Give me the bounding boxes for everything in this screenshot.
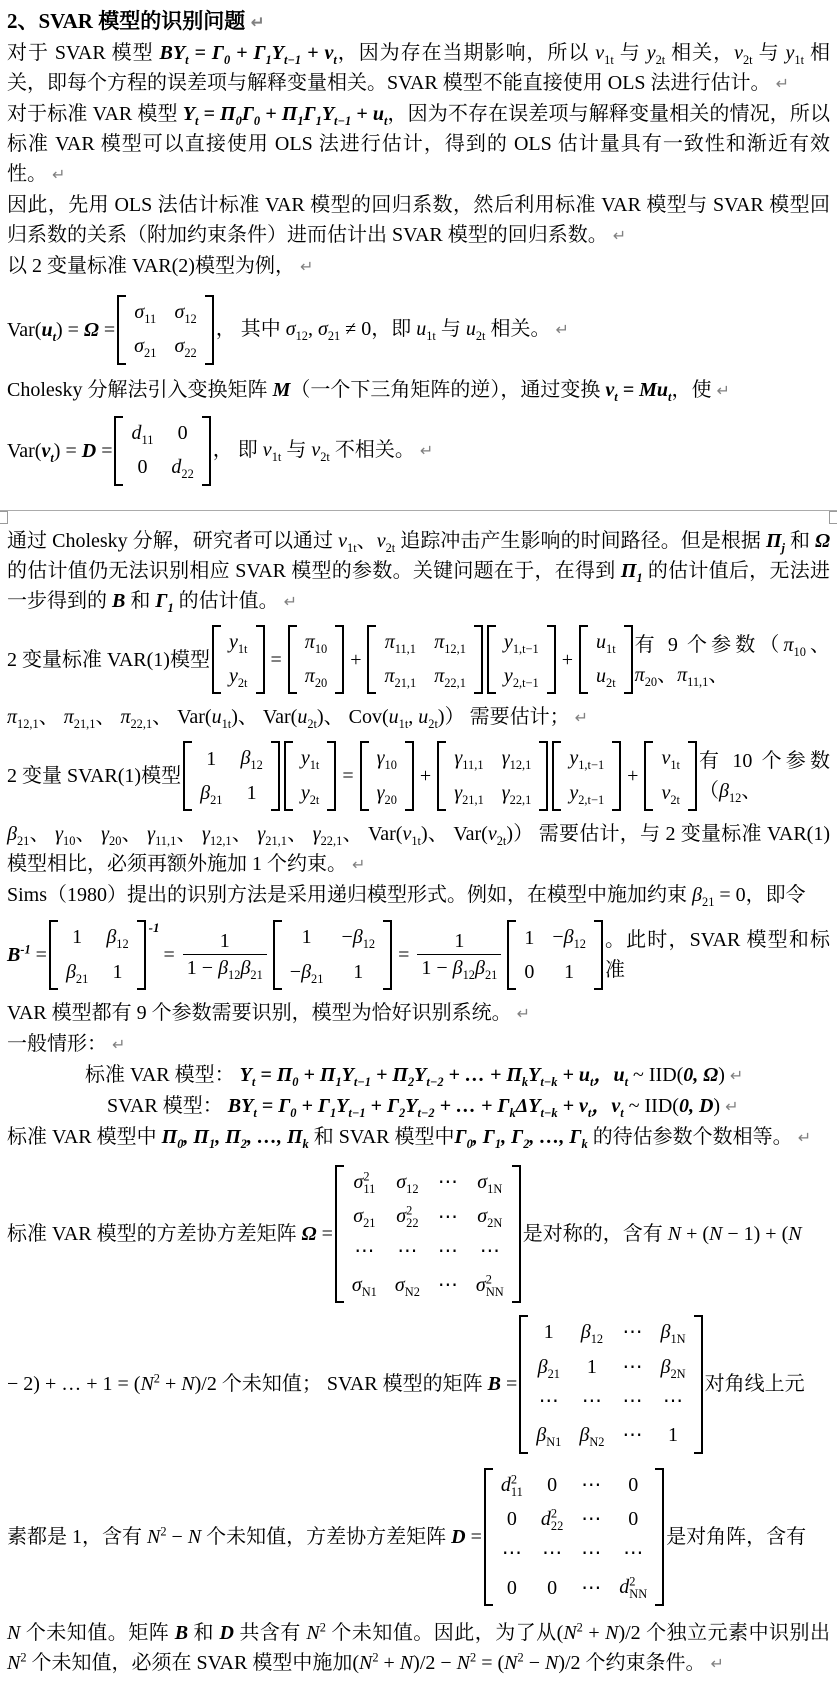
paragraph-var-ols: 对于标准 VAR 模型 Yt = Π0Γ0 + Π1Γ1Yt−1 + ut，因为… (7, 99, 830, 190)
matrix-bracket-left (273, 920, 282, 990)
paragraph-mark: ↵ (776, 74, 789, 93)
paragraph-mark: ↵ (730, 1066, 743, 1085)
matrix-bracket-right (202, 416, 211, 486)
matrix-cell: β1N (660, 1320, 685, 1345)
matrix-bracket-left (484, 1468, 493, 1606)
matrix-bracket-left (360, 741, 369, 811)
matrix-bracket-left (507, 920, 516, 989)
paragraph-cholesky: Cholesky 分解法引入变换矩阵 M（一个下三角矩阵的逆），通过变换 vt … (7, 375, 830, 406)
matrix-cell: 0 (547, 1473, 557, 1498)
matrix-bracket-right (655, 1468, 664, 1606)
page-boundary-handle-left (0, 511, 8, 524)
matrix-cell: γ21,1 (454, 781, 484, 806)
matrix-cell: ⋯ (542, 1541, 562, 1566)
matrix-bracket-right (205, 295, 214, 365)
matrix-cell: y1,t−1 (504, 630, 539, 655)
matrix-bracket-right (694, 1315, 703, 1453)
matrix-cell: βN2 (579, 1423, 604, 1448)
paragraph-mark: ↵ (575, 708, 588, 727)
section-heading: 2、SVAR 模型的识别问题 ↵ (7, 5, 830, 38)
matrix-cell: 1 (587, 1355, 597, 1380)
matrix-cell: γ20 (377, 781, 397, 806)
matrix-bracket-right (137, 920, 146, 990)
matrix-cell: β21 (200, 781, 222, 806)
matrix-bracket-left (49, 920, 58, 990)
operator-equals: = (342, 761, 353, 791)
matrix-cell: −β12 (341, 925, 375, 950)
matrix-cell: y2,t−1 (569, 781, 604, 806)
matrix-cell: ⋯ (622, 1355, 642, 1380)
matrix-cell: y1t (229, 630, 248, 655)
equation-lead: Var(ut) = Ω = (7, 315, 115, 345)
matrix-cell: 0 (628, 1473, 638, 1498)
matrix-bracket-right (474, 625, 483, 695)
matrix-cell: 1 (544, 1320, 554, 1345)
matrix-cell: σ2N (477, 1204, 502, 1229)
matrix-bracket-left (367, 625, 376, 695)
matrix-bracket-right (594, 920, 603, 989)
paragraph-mark: ↵ (725, 1097, 738, 1116)
matrix-bracket-right (256, 625, 265, 695)
matrix-cell: 1 (72, 925, 82, 950)
matrix-pi0-vector: π10π20 (288, 625, 344, 695)
matrix-bracket-right (405, 741, 414, 811)
equation-b-nxn: − 2) + … + 1 = (N2 + N)/2 个未知值； SVAR 模型的… (7, 1315, 830, 1453)
paragraph-mark: ↵ (300, 257, 313, 276)
matrix-cell: d2NN (619, 1575, 647, 1600)
matrix-cell: γ10 (377, 746, 397, 771)
paragraph-var1-params: π12,1、 π21,1、 π22,1、 Var(u1t)、 Var(u2t)、… (7, 702, 830, 733)
matrix-cell: ⋯ (581, 1473, 601, 1498)
matrix-bracket-right (624, 625, 633, 695)
matrix-cell: y2t (301, 781, 320, 806)
paragraph-mark: ↵ (517, 1004, 530, 1023)
matrix-cell: ⋯ (438, 1205, 458, 1230)
formula-svar: SVAR 模型： BYt = Γ0 + Γ1Yt−1 + Γ2Yt−2 + … … (7, 1091, 830, 1122)
matrix-d-2x2: d1100d22 (114, 416, 210, 486)
matrix-cell: ⋯ (622, 1320, 642, 1345)
equation-lead: − 2) + … + 1 = (N2 + N)/2 个未知值； SVAR 模型的… (7, 1369, 517, 1399)
paragraph-mark: ↵ (112, 1035, 125, 1054)
paragraph-estimation-steps: 因此，先用 OLS 法估计标准 VAR 模型的回归系数，然后利用标准 VAR 模… (7, 190, 830, 251)
equation-tail: 有 9 个参数（π10、π20、π11,1、 (635, 630, 830, 690)
matrix-cell: d11 (131, 421, 153, 446)
equation-tail: 有 10 个参数（β12、 (699, 746, 830, 806)
equation-omega-nxn: 标准 VAR 模型的方差协方差矩阵 Ω = σ211σ12⋯σ1Nσ21σ222… (7, 1165, 830, 1303)
paragraph-param-counts: 标准 VAR 模型中 Π0, Π1, Π2, …, Πk 和 SVAR 模型中Γ… (7, 1122, 830, 1153)
paragraph-mark: ↵ (556, 320, 569, 339)
page-boundary (0, 498, 837, 526)
matrix-cell: ⋯ (581, 1576, 601, 1601)
fraction-determinant: 11 − β12β21 (183, 928, 267, 981)
matrix-cell: ⋯ (622, 1389, 642, 1414)
paragraph-var2-example: 以 2 变量标准 VAR(2)模型为例， ↵ (7, 251, 830, 282)
matrix-cell: β21 (538, 1355, 560, 1380)
equation-tail: 是对称的，含有 N + (N − 1) + (N (523, 1219, 830, 1249)
paragraph-mark: ↵ (716, 381, 729, 400)
fraction-denominator: 1 − β12β21 (417, 954, 501, 981)
matrix-cell: σN1 (352, 1273, 377, 1298)
matrix-cell: 1 (564, 960, 574, 985)
matrix-cell: ⋯ (582, 1389, 602, 1414)
matrix-bracket-right (688, 741, 697, 811)
matrix-cell: σ21 (134, 334, 156, 359)
matrix-cell: 0 (507, 1507, 517, 1532)
matrix-cell: β2N (660, 1355, 685, 1380)
matrix-y-vector: y1ty2t (284, 741, 337, 811)
paragraph-mark: ↵ (420, 441, 433, 460)
paragraph-mark: ↵ (52, 165, 65, 184)
matrix-cell: 1 (247, 781, 257, 806)
operator-plus: + (627, 761, 638, 791)
matrix-cell: ⋯ (539, 1389, 559, 1414)
matrix-cell: ⋯ (438, 1239, 458, 1264)
matrix-cell: d211 (501, 1473, 523, 1498)
equation-tail: 是对角阵，含有 (666, 1522, 830, 1552)
operator-equals: = (271, 645, 282, 675)
matrix-v-vector: v1tv2t (644, 741, 697, 811)
matrix-cell: γ22,1 (502, 781, 532, 806)
matrix-cell: π10 (305, 630, 327, 655)
matrix-b-nxn: 1β12⋯β1Nβ211⋯β2N⋯⋯⋯⋯βN1βN2⋯1 (519, 1315, 702, 1453)
matrix-bracket-right (327, 741, 336, 811)
matrix-cell: 0 (547, 1576, 557, 1601)
matrix-exponent: -1 (149, 921, 160, 934)
equation-tail: ， 其中 σ12, σ21 ≠ 0，即 u1t 与 u2t 相关。 ↵ (216, 314, 830, 345)
matrix-cell: σ21 (353, 1204, 375, 1229)
matrix-cell: γ11,1 (454, 746, 483, 771)
fraction-determinant: 11 − β12β21 (417, 928, 501, 981)
matrix-cell: σ12 (396, 1170, 418, 1195)
matrix-bracket-left (114, 416, 123, 486)
matrix-cell: σ211 (353, 1170, 375, 1195)
matrix-cell: d22 (171, 455, 193, 480)
equation-svar1-model: 2 变量 SVAR(1)模型 1β12β211 y1ty2t = γ10γ20 … (7, 741, 830, 811)
matrix-bracket-left (487, 625, 496, 695)
matrix-b-2x2: 1β12β211 (49, 920, 146, 990)
equation-lead: 2 变量标准 VAR(1)模型 (7, 645, 210, 675)
matrix-cell: 1 (206, 747, 216, 772)
equation-lead: 标准 VAR 模型的方差协方差矩阵 Ω = (7, 1219, 333, 1249)
operator-equals: = (164, 940, 175, 970)
matrix-cell: 1 (112, 960, 122, 985)
matrix-cell: 0 (524, 960, 534, 985)
matrix-cell: 1 (524, 926, 534, 951)
equation-b-inverse: B-1 = 1β12β211 -1 = 11 − β12β21 1−β12−β2… (7, 920, 830, 990)
paragraph-mark: ↵ (250, 12, 264, 32)
matrix-bracket-right (539, 741, 548, 811)
matrix-cell: y2t (229, 664, 248, 689)
matrix-cell: 0 (628, 1507, 638, 1532)
matrix-cell: ⋯ (581, 1541, 601, 1566)
paragraph-mark: ↵ (284, 592, 297, 611)
matrix-cell: y2,t−1 (504, 664, 539, 689)
matrix-d-nxn: d2110⋯00d222⋯0⋯⋯⋯⋯00⋯d2NN (484, 1468, 664, 1606)
matrix-cell: π20 (305, 664, 327, 689)
matrix-cell: σ11 (134, 300, 156, 325)
matrix-bracket-left (437, 741, 446, 811)
matrix-gamma0-vector: γ10γ20 (360, 741, 414, 811)
matrix-cell: y1,t−1 (569, 746, 604, 771)
fraction-numerator: 1 (451, 928, 467, 954)
matrix-bracket-right (383, 920, 392, 990)
equation-var1-model: 2 变量标准 VAR(1)模型 y1ty2t = π10π20 + π11,1π… (7, 625, 830, 695)
equation-lead: 素都是 1，含有 N2 − N 个未知值，方差协方差矩阵 D = (7, 1522, 482, 1552)
equation-var-u: Var(ut) = Ω = σ11σ12σ21σ22 ， 其中 σ12, σ21… (7, 295, 830, 365)
matrix-ylag-vector: y1,t−1y2,t−1 (487, 625, 556, 695)
matrix-bracket-left (212, 625, 221, 695)
matrix-cell: σ22 (174, 334, 196, 359)
matrix-cell: ⋯ (480, 1239, 500, 1264)
matrix-bracket-left (183, 741, 192, 811)
operator-equals: = (398, 940, 409, 970)
matrix-bracket-left (284, 741, 293, 811)
equation-tail: ， 即 v1t 与 v2t 不相关。 ↵ (213, 435, 830, 466)
matrix-bracket-right (335, 625, 344, 695)
matrix-cell: π12,1 (434, 630, 466, 655)
paragraph-sims: Sims（1980）提出的识别方法是采用递归模型形式。例如，在模型中施加约束 β… (7, 880, 830, 910)
matrix-bracket-left (117, 295, 126, 365)
matrix-bracket-left (552, 741, 561, 811)
matrix-cell: ⋯ (438, 1273, 458, 1298)
matrix-bracket-left (519, 1315, 528, 1453)
matrix-cell: −β21 (290, 960, 324, 985)
matrix-cell: ⋯ (397, 1239, 417, 1264)
page-boundary-line (0, 510, 837, 511)
fraction-denominator: 1 − β12β21 (183, 954, 267, 981)
matrix-cell: π11,1 (385, 630, 416, 655)
paragraph-svar-ols: 对于 SVAR 模型 BYt = Γ0 + Γ1Yt−1 + vt，因为存在当期… (7, 38, 830, 99)
matrix-cell: v1t (661, 746, 680, 771)
page-boundary-handle-right (829, 511, 837, 524)
matrix-cell: σ12 (174, 300, 196, 325)
matrix-u-vector: u1tu2t (579, 625, 633, 695)
equation-tail: 。此时，SVAR 模型和标准 (605, 925, 830, 985)
matrix-cell: β12 (106, 925, 128, 950)
matrix-cell: γ12,1 (502, 746, 532, 771)
matrix-cell: −β12 (552, 925, 586, 950)
matrix-bracket-right (512, 1165, 521, 1303)
matrix-cell: σ1N (477, 1170, 502, 1195)
matrix-gamma1: γ11,1γ12,1γ21,1γ22,1 (437, 741, 548, 811)
matrix-cell: 0 (137, 455, 147, 480)
paragraph-constraint-count: N 个未知值。矩阵 B 和 D 共含有 N2 个未知值。因此，为了从(N2 + … (7, 1618, 830, 1679)
matrix-cell: π21,1 (384, 664, 416, 689)
matrix-cell: ⋯ (581, 1507, 601, 1532)
paragraph-mark: ↵ (352, 855, 365, 874)
matrix-cell: ⋯ (354, 1239, 374, 1264)
matrix-cell: 0 (507, 1576, 517, 1601)
paragraph-identification-problem: 通过 Cholesky 分解，研究者可以通过 v1t、v2t 追踪冲击产生影响的… (7, 526, 830, 617)
matrix-ylag-vector: y1,t−1y2,t−1 (552, 741, 621, 811)
matrix-cell: β21 (66, 960, 88, 985)
matrix-bracket-right (271, 741, 280, 811)
matrix-omega-2x2: σ11σ12σ21σ22 (117, 295, 214, 365)
matrix-cell: y1t (301, 746, 320, 771)
matrix-cell: 1 (302, 925, 312, 950)
matrix-cell: σ222 (396, 1204, 418, 1229)
matrix-cell: u1t (596, 630, 616, 655)
equation-tail: 对角线上元 (705, 1369, 830, 1399)
matrix-beta: 1β12β211 (183, 741, 280, 811)
matrix-with-exponent: 1β12β211 -1 (47, 920, 160, 990)
paragraph-mark: ↵ (711, 1654, 724, 1673)
paragraph-mark: ↵ (613, 226, 626, 245)
matrix-cell: u2t (596, 664, 616, 689)
operator-plus: + (420, 761, 431, 791)
equation-lead: 2 变量 SVAR(1)模型 (7, 761, 181, 791)
equation-lead: Var(vt) = D = (7, 436, 112, 466)
matrix-bracket-left (644, 741, 653, 811)
matrix-cell: σN2 (395, 1273, 420, 1298)
operator-plus: + (562, 645, 573, 675)
matrix-cell: ⋯ (622, 1423, 642, 1448)
matrix-cell: 1 (668, 1423, 678, 1448)
matrix-cell: σ2NN (476, 1273, 504, 1298)
matrix-cell: v2t (661, 781, 680, 806)
paragraph-mark: ↵ (798, 1128, 811, 1147)
matrix-restricted: 1−β1201 (507, 920, 603, 989)
matrix-cell: 0 (178, 421, 188, 446)
matrix-omega-nxn: σ211σ12⋯σ1Nσ21σ222⋯σ2N⋯⋯⋯⋯σN1σN2⋯σ2NN (335, 1165, 521, 1303)
matrix-cell: β12 (240, 746, 262, 771)
formula-standard-var: 标准 VAR 模型： Yt = Π0 + Π1Yt−1 + Π2Yt−2 + …… (7, 1060, 830, 1091)
paragraph-svar1-params: β21、 γ10、 γ20、 γ11,1、 γ12,1、 γ21,1、 γ22,… (7, 819, 830, 880)
document-page: 2、SVAR 模型的识别问题 ↵ 对于 SVAR 模型 BYt = Γ0 + Γ… (0, 0, 837, 1679)
paragraph-general-case: 一般情形： ↵ (7, 1029, 830, 1060)
matrix-y-vector: y1ty2t (212, 625, 265, 695)
matrix-cell: ⋯ (438, 1170, 458, 1195)
matrix-bracket-left (335, 1165, 344, 1303)
matrix-cell: βN1 (536, 1423, 561, 1448)
equation-d-nxn: 素都是 1，含有 N2 − N 个未知值，方差协方差矩阵 D = d2110⋯0… (7, 1468, 830, 1606)
paragraph-just-identified: VAR 模型都有 9 个参数需要识别，模型为恰好识别系统。 ↵ (7, 998, 830, 1029)
matrix-cell: β12 (581, 1320, 603, 1345)
matrix-adjugate: 1−β12−β211 (273, 920, 392, 990)
equation-lead: B-1 = (7, 940, 47, 970)
matrix-cell: 1 (353, 960, 363, 985)
matrix-cell: d222 (541, 1507, 563, 1532)
matrix-pi1: π11,1π12,1π21,1π22,1 (367, 625, 482, 695)
matrix-bracket-right (547, 625, 556, 695)
matrix-cell: π22,1 (434, 664, 466, 689)
fraction-numerator: 1 (217, 928, 233, 954)
operator-plus: + (350, 645, 361, 675)
matrix-bracket-left (579, 625, 588, 695)
matrix-cell: ⋯ (502, 1541, 522, 1566)
matrix-bracket-right (612, 741, 621, 811)
equation-var-v: Var(vt) = D = d1100d22 ， 即 v1t 与 v2t 不相关… (7, 416, 830, 486)
matrix-cell: ⋯ (663, 1389, 683, 1414)
matrix-cell: ⋯ (623, 1541, 643, 1566)
matrix-bracket-left (288, 625, 297, 695)
